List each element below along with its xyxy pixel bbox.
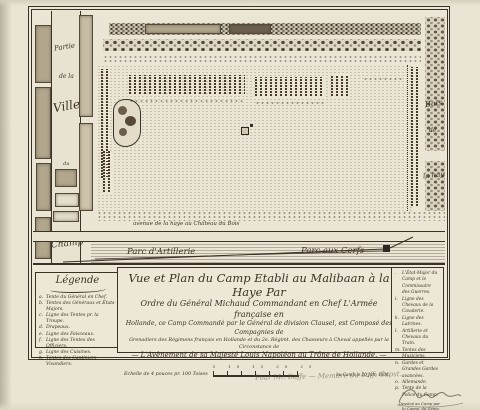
- legend-item: Commissaire des Guerres.: [395, 284, 440, 297]
- city-block: [55, 193, 79, 207]
- parc-cerfs-label: Parc aux Cerfs: [301, 246, 364, 256]
- city-block: [35, 87, 51, 159]
- garden-tree: [118, 106, 127, 115]
- legend-item: b.Tentes des Généraux et États-Majors.: [39, 301, 116, 313]
- tent-row-c: [331, 75, 349, 97]
- tent-row-a: [129, 75, 245, 95]
- city-label-du: du: [63, 161, 69, 167]
- headquarters-marker: [241, 127, 249, 135]
- avenue-road: [33, 231, 445, 242]
- headquarters-flag: [250, 124, 253, 127]
- top-border-row: [97, 15, 421, 21]
- tent-column-right: [411, 67, 420, 207]
- city-block: [35, 25, 52, 83]
- tent-row-b: [255, 77, 325, 97]
- scanned-map-sheet: { "palette": { "paper": "#e9e4d4", "ink"…: [0, 0, 480, 410]
- dotted-alley-band: [103, 55, 421, 63]
- general-garden: [113, 99, 141, 147]
- legend-flourish: [50, 286, 106, 293]
- city-block: [36, 163, 51, 211]
- woods-road-gap: [423, 151, 445, 161]
- legend-item: .L'État-Major du Camp et le: [395, 271, 440, 284]
- garden-tree: [119, 128, 127, 136]
- legend-item: i.Ligne des Chevaux de la Cavalerie.: [395, 297, 440, 316]
- city-block: [55, 169, 77, 187]
- legend-left-box: Légende a.Tente du Général en Chef. b.Te…: [35, 272, 120, 348]
- map-plate: Partie de la Ville du Champ: [28, 6, 450, 360]
- woods-label-de: de: [429, 127, 436, 134]
- legend-item: h.Tentes des Cantiniers Vivandiers.: [39, 356, 116, 368]
- city-block: [79, 123, 93, 211]
- bottom-panel: Légende a.Tente du Général en Chef. b.Te…: [33, 267, 445, 355]
- city-block: [79, 15, 93, 117]
- title-line2: Ordre du Général Michaud Commandant en C…: [124, 299, 394, 320]
- title-cartouche: Vue et Plan du Camp Etabli au Malibaan à…: [117, 267, 401, 353]
- tree-alley-band: [103, 39, 421, 51]
- legend-item: k.Ligne des Latrines.: [395, 316, 440, 329]
- faisceaux-row-b: [255, 101, 325, 106]
- title-line3: Hollande, ce Camp Commandé par le Généra…: [124, 320, 394, 337]
- legend-item: m.Tentes des Musiciens.: [395, 348, 440, 361]
- scale-label: Echelle de 4 pouces pr. 100 Toises: [124, 372, 208, 377]
- signature-flourish: [395, 382, 465, 408]
- legend-item: c.Ligne des Tentes pr. la Troupe.: [39, 313, 116, 325]
- title-line5: — L'Avènement de sa Majesté Louis Napolé…: [124, 351, 394, 361]
- tent-column-left-lower: [103, 151, 112, 193]
- legend-title: Légende: [39, 275, 116, 286]
- scan-edge-left: [0, 0, 12, 410]
- parc-artillerie-label: Parc d'Artillerie: [127, 247, 195, 257]
- alley-dotted-line: [407, 65, 408, 211]
- garden-tree: [125, 116, 136, 126]
- title-line4: Grenadiers des Régimens français en Holl…: [124, 337, 394, 351]
- avenue-label: avenue de la haye au Château du Bois: [133, 221, 239, 227]
- map-title: Vue et Plan du Camp Etabli au Malibaan à…: [124, 271, 394, 299]
- roadside-buildings: [229, 24, 271, 34]
- camp-inner-dots: [363, 77, 403, 82]
- city-block: [53, 211, 79, 222]
- woods-strip: [425, 17, 445, 211]
- map-area: Partie de la Ville du Champ: [33, 11, 445, 265]
- roadside-buildings: [145, 24, 221, 34]
- faisceaux-row-a: [129, 99, 245, 104]
- city-strip: Partie de la Ville du Champ: [33, 11, 95, 263]
- legend-item: l.Artillerie et Chevaux du Train.: [395, 329, 440, 348]
- city-label-dela: de la: [59, 73, 74, 80]
- legend-right-box: .L'État-Major du Camp et le Commissaire …: [391, 267, 444, 353]
- avenue-tree-row: [97, 211, 445, 221]
- legend-item: f.Ligne des Tentes des Officiers.: [39, 338, 116, 350]
